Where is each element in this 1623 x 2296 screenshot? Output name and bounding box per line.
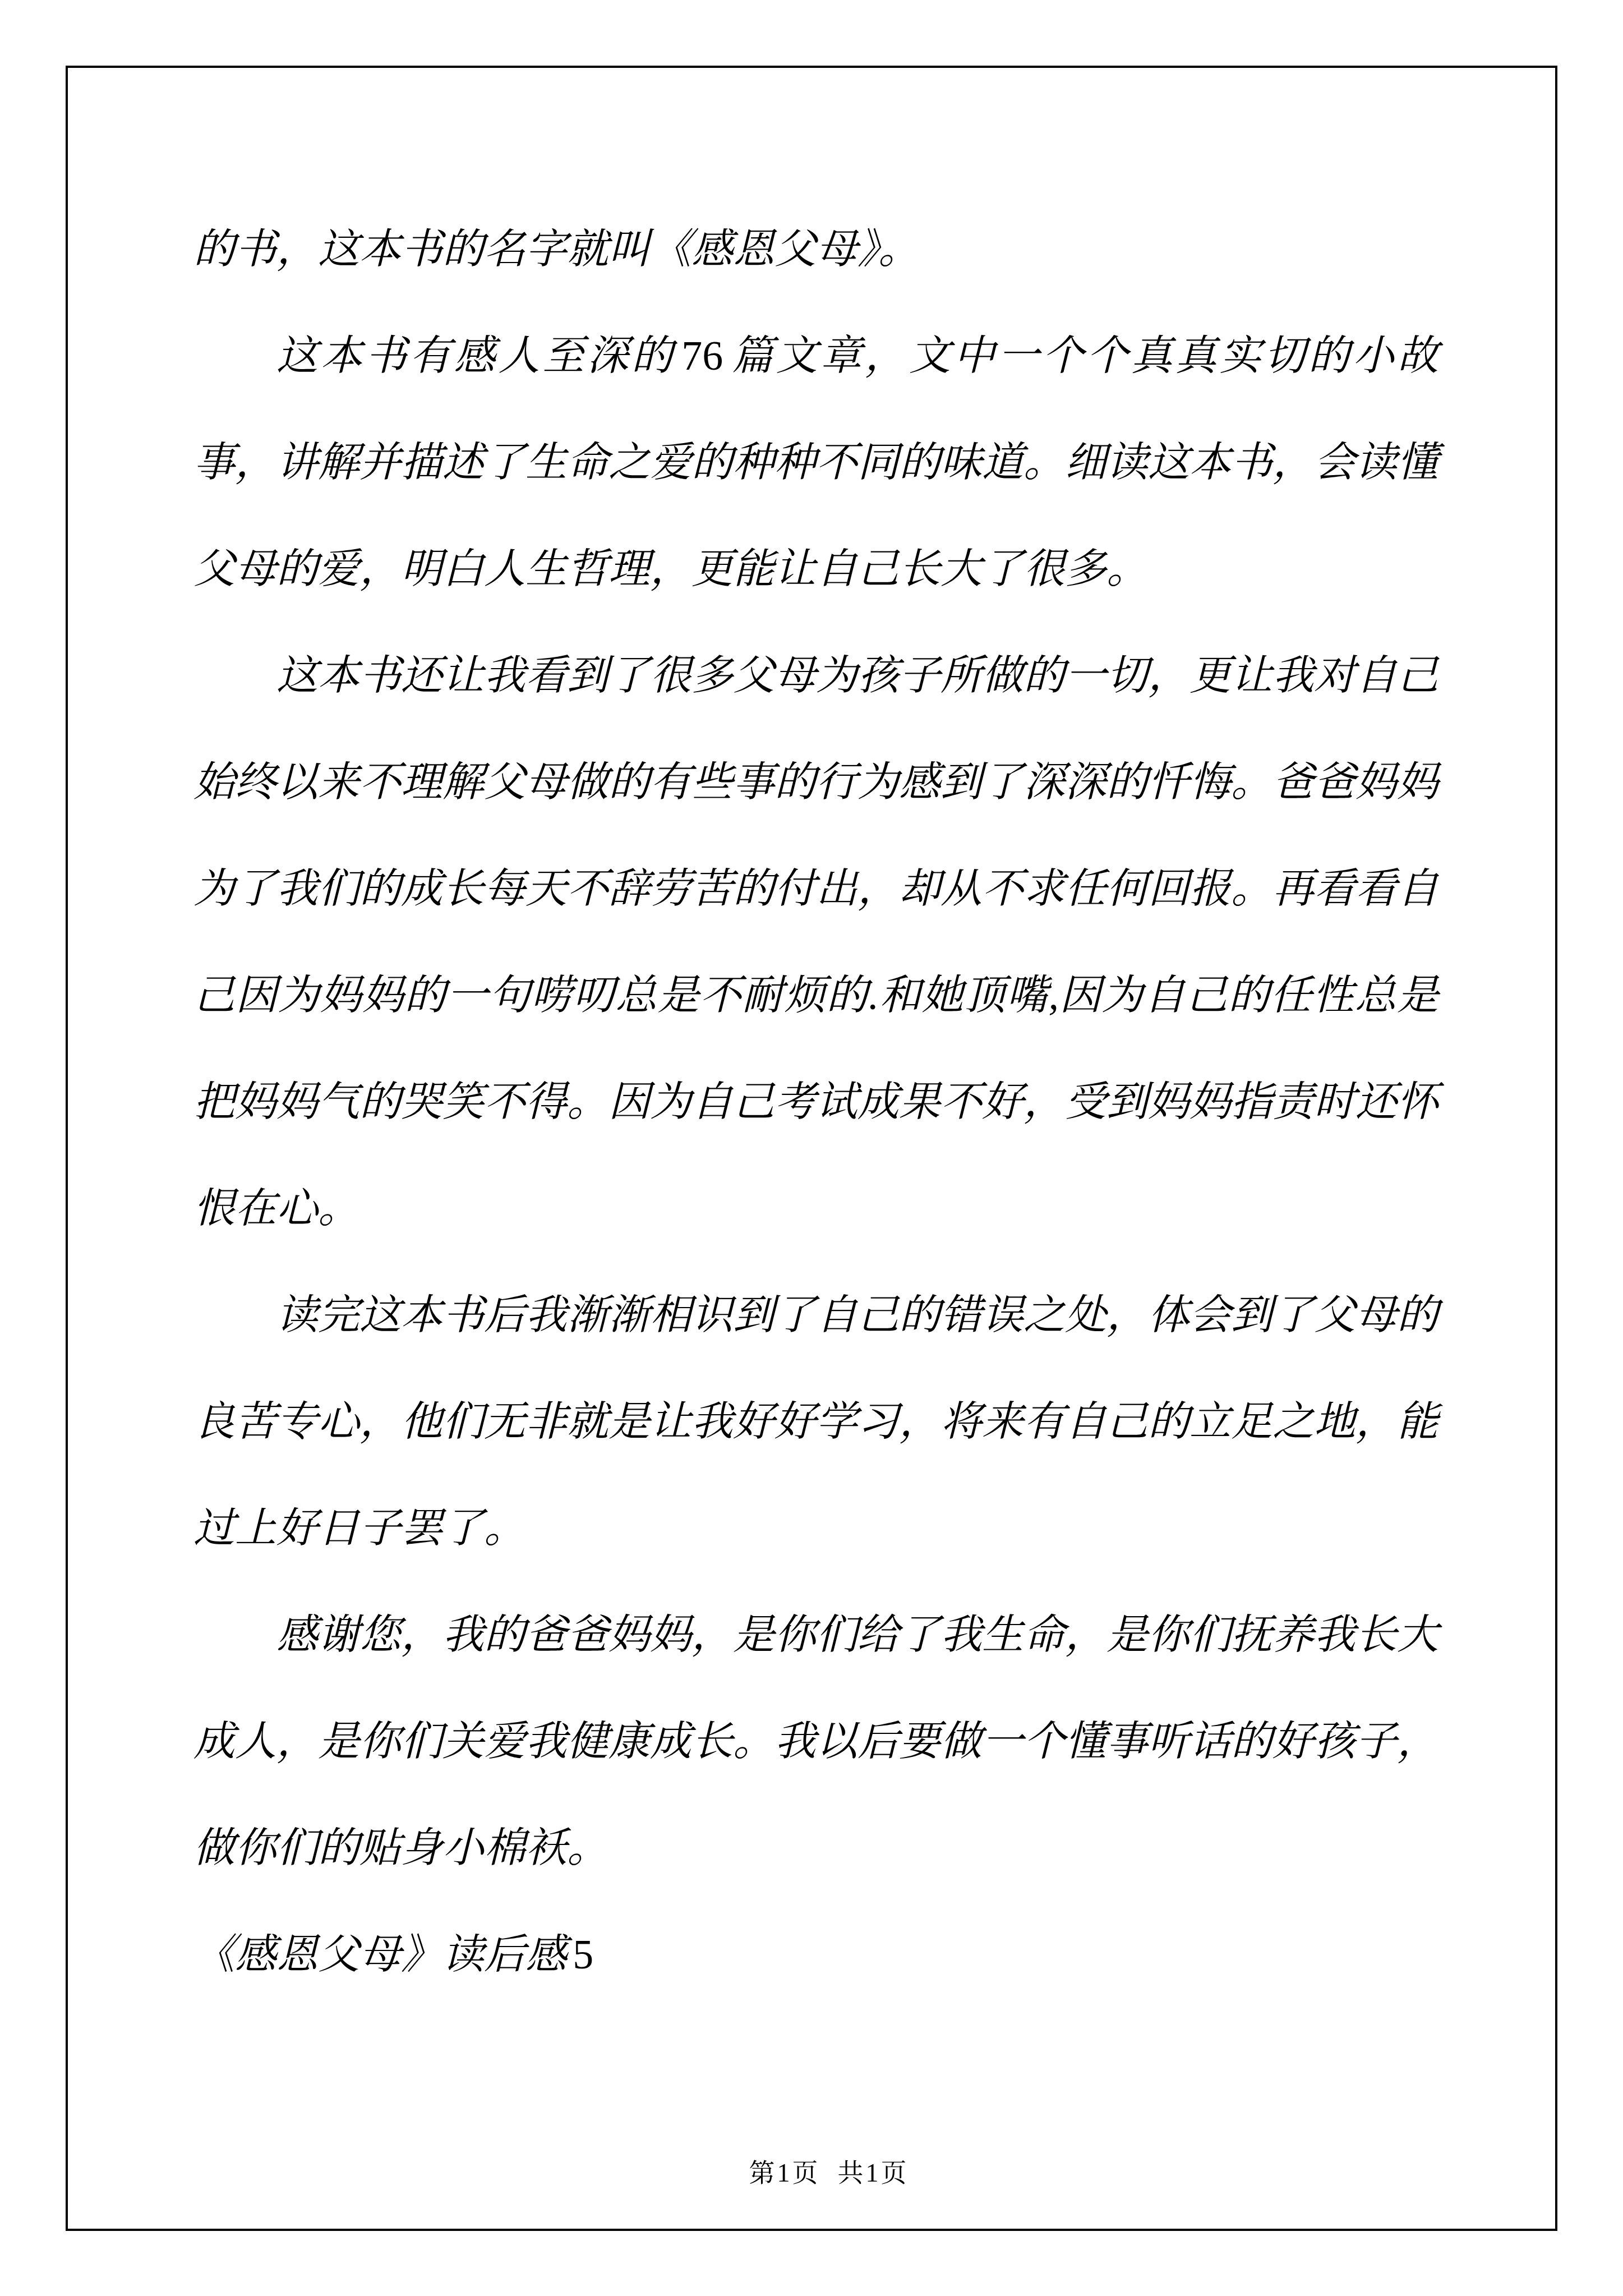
paragraph: 这本书有感人至深的76篇文章，文中一个个真真实切的小故事，讲解并描述了生命之爱的… xyxy=(193,303,1438,623)
paragraph: 感谢您，我的爸爸妈妈，是你们给了我生命，是你们抚养我长大成人，是你们关爱我健康成… xyxy=(193,1582,1438,1902)
paragraph: 这本书还让我看到了很多父母为孩子所做的一切，更让我对自己始终以来不理解父母做的有… xyxy=(193,623,1438,1262)
page-number-indicator: 第1页 共1页 xyxy=(749,2159,909,2187)
paragraph: 读完这本书后我渐渐相识到了自己的错误之处，体会到了父母的良苦专心，他们无非就是让… xyxy=(193,1262,1438,1582)
page-footer: 第1页 共1页 xyxy=(0,2129,1623,2217)
numeral: 5 xyxy=(567,1932,600,1978)
paragraph: 《感恩父母》读后感5 xyxy=(193,1902,1438,2008)
paragraph: 的书，这本书的名字就叫《感恩父母》。 xyxy=(193,196,1438,303)
numeral: 76 xyxy=(676,333,729,379)
document-body: 的书，这本书的名字就叫《感恩父母》。这本书有感人至深的76篇文章，文中一个个真真… xyxy=(193,196,1438,2008)
